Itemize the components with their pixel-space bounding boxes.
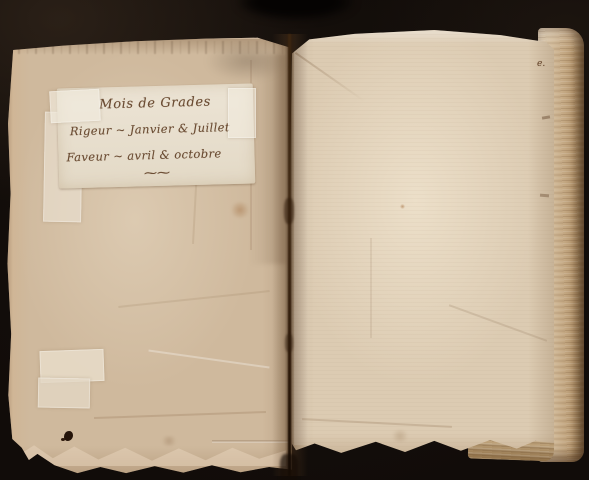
- book-gutter: [272, 34, 308, 476]
- tape-patch: [228, 88, 256, 138]
- stain-bottom-right-page: [390, 430, 410, 442]
- left-page-torn-bottom-edge: [18, 440, 286, 466]
- tape-patch: [49, 89, 101, 124]
- left-page-crease: [118, 290, 269, 308]
- gutter-dark-blot: [285, 334, 293, 352]
- right-page: [288, 30, 554, 458]
- gutter-dark-blot: [284, 198, 294, 224]
- ink-blot-tail: [61, 438, 65, 441]
- label-line-3: Faveur ~ avril & octobre: [66, 146, 221, 164]
- stain-top-smudge: [205, 40, 289, 82]
- gutter-bottom-tear: [280, 454, 298, 480]
- left-page-crease: [148, 350, 269, 369]
- right-page-crease: [302, 418, 452, 428]
- right-page-crease: [370, 238, 372, 338]
- right-page-fleck-stain: [400, 204, 405, 209]
- label-flourish: ⁓⁓: [59, 163, 255, 183]
- tape-patch: [38, 378, 91, 409]
- gutter-fold-line: [288, 34, 291, 476]
- label-line-2: Rigeur ~ Janvier & Juillet: [70, 120, 230, 138]
- stain-near-gutter: [230, 202, 250, 218]
- background-dark-blob: [238, 0, 354, 20]
- left-page-crease: [94, 411, 266, 419]
- fore-edge-mark: e.: [537, 59, 545, 69]
- photo-stage: Mois de Grades Rigeur ~ Janvier & Juille…: [0, 0, 589, 480]
- right-page-crease: [449, 304, 547, 341]
- stain-bottom-left-page: [160, 436, 178, 446]
